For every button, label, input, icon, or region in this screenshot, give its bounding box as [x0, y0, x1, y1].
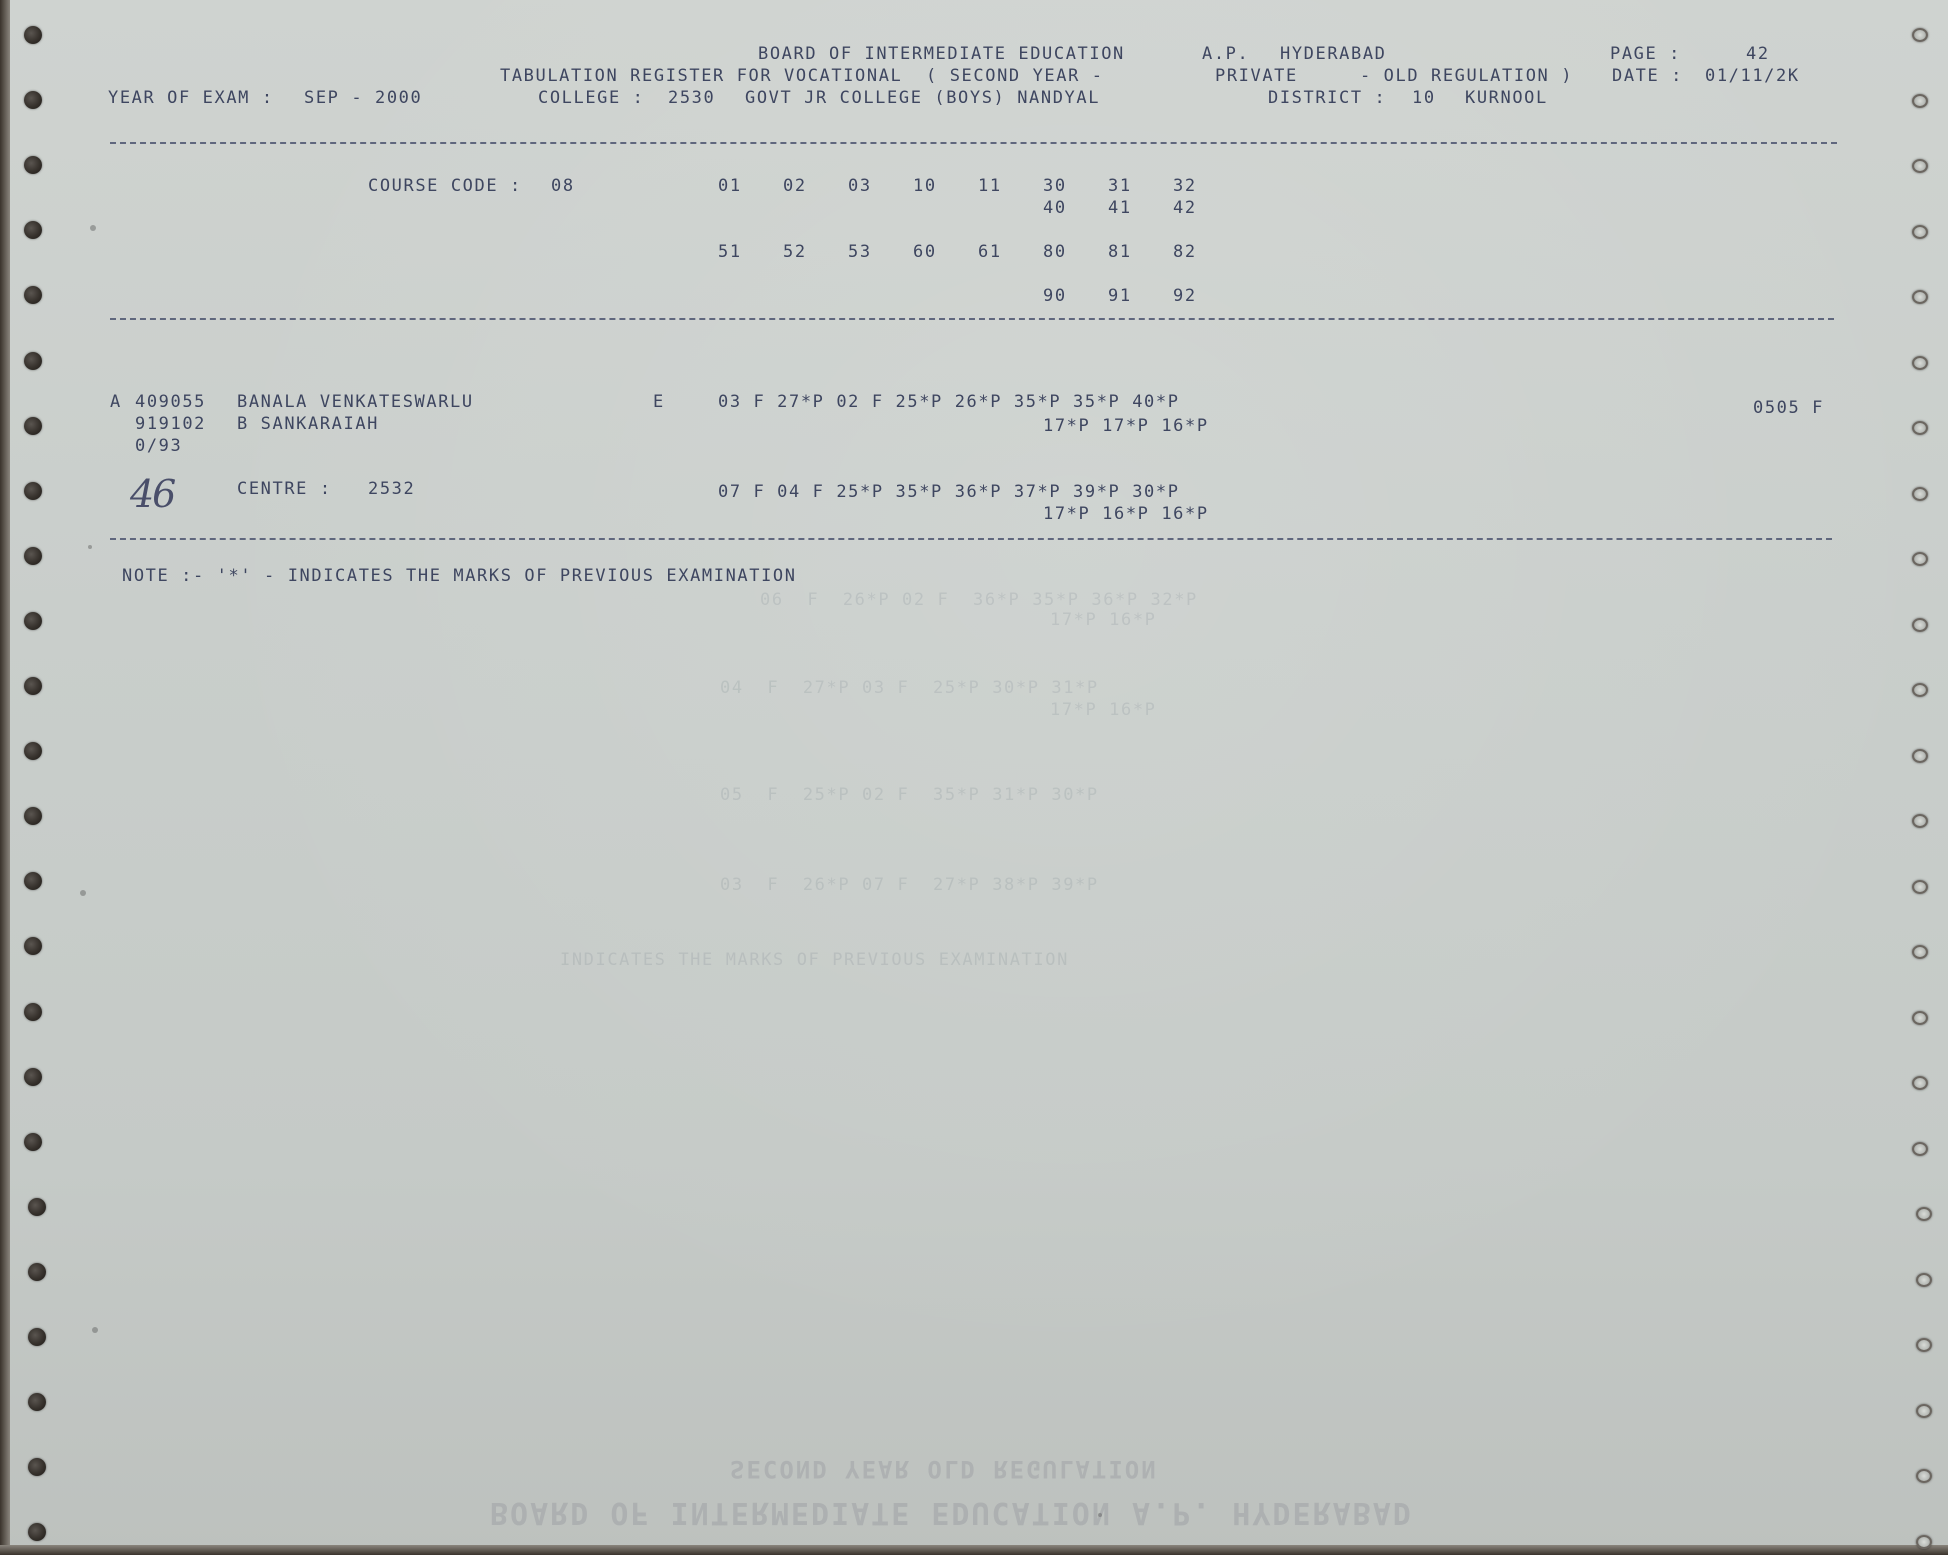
tractor-hole: [1912, 1011, 1928, 1025]
bleedthrough-text: INDICATES THE MARKS OF PREVIOUS EXAMINAT…: [560, 950, 1069, 970]
tractor-hole: [24, 872, 42, 890]
tractor-hole: [1916, 1469, 1932, 1483]
category-label: PRIVATE: [1215, 66, 1298, 86]
tractor-hole: [24, 352, 42, 370]
bleedthrough-text: 06 F 26*P 02 F 36*P 35*P 36*P 32*P: [760, 590, 1198, 610]
centre-label: CENTRE :: [237, 479, 332, 499]
subject-code: 81: [1108, 242, 1132, 262]
subject-code: 52: [783, 242, 807, 262]
bleedthrough-heading: BOARD OF INTERMEDIATE EDUCATION A.P. HYD…: [490, 1495, 1413, 1530]
tractor-hole: [24, 742, 42, 760]
paper-speck: [80, 890, 86, 896]
tractor-hole: [1912, 945, 1928, 959]
regulation-label: - OLD REGULATION ): [1360, 66, 1573, 86]
tractor-hole: [24, 417, 42, 435]
tractor-hole: [1916, 1404, 1932, 1418]
subject-code: 31: [1108, 176, 1132, 196]
tractor-hole: [1916, 1535, 1932, 1549]
binding-edge: [0, 0, 10, 1555]
bleedthrough-text: 05 F 25*P 02 F 35*P 31*P 30*P: [720, 785, 1099, 805]
course-divider: [110, 318, 1834, 320]
bleedthrough-text: 17*P 16*P: [1050, 700, 1157, 720]
tractor-hole: [28, 1393, 46, 1411]
note-text: NOTE :- '*' - INDICATES THE MARKS OF PRE…: [122, 566, 797, 586]
course-code-value: 08: [551, 176, 575, 196]
tractor-hole: [1916, 1338, 1932, 1352]
tractor-hole: [24, 1068, 42, 1086]
paper-speck: [90, 225, 96, 231]
college-code: 2530: [668, 88, 715, 108]
page-number: 42: [1746, 44, 1770, 64]
subject-code: 30: [1043, 176, 1067, 196]
tractor-hole: [1912, 683, 1928, 697]
tractor-hole: [1912, 356, 1928, 370]
centre-code: 2532: [368, 479, 415, 499]
date-value: 01/11/2K: [1705, 66, 1800, 86]
subject-code: 11: [978, 176, 1002, 196]
tractor-hole: [24, 26, 42, 44]
paper-speck: [1098, 1513, 1102, 1517]
tractor-hole: [1916, 1273, 1932, 1287]
subject-code: 91: [1108, 286, 1132, 306]
record-prefix: A: [110, 392, 122, 412]
college-name: GOVT JR COLLEGE (BOYS) NANDYAL: [745, 88, 1100, 108]
tractor-hole: [1912, 552, 1928, 566]
subject-code: 41: [1108, 198, 1132, 218]
marks-row-1b: 17*P 17*P 16*P: [1043, 416, 1209, 436]
right-tractor-holes: [1910, 0, 1948, 1555]
district-name: KURNOOL: [1465, 88, 1548, 108]
paper-speck: [88, 545, 92, 549]
tractor-hole: [24, 937, 42, 955]
tabulation-register-page: 06 F 26*P 02 F 36*P 35*P 36*P 32*P 17*P …: [0, 0, 1948, 1555]
tractor-hole: [24, 612, 42, 630]
bottom-edge: [0, 1545, 1948, 1555]
page-label: PAGE :: [1610, 44, 1681, 64]
marks-row-2b: 17*P 16*P 16*P: [1043, 504, 1209, 524]
tractor-hole: [28, 1458, 46, 1476]
tractor-hole: [1912, 290, 1928, 304]
tractor-hole: [24, 91, 42, 109]
record-divider: [110, 538, 1832, 540]
bleedthrough-text: 03 F 26*P 07 F 27*P 38*P 39*P: [720, 875, 1099, 895]
tractor-hole: [24, 156, 42, 174]
student-name: BANALA VENKATESWARLU: [237, 392, 474, 412]
header-divider: [110, 142, 1837, 144]
marks-row-2: 07 F 04 F 25*P 35*P 36*P 37*P 39*P 30*P: [718, 482, 1180, 502]
city-label: HYDERABAD: [1280, 44, 1387, 64]
college-label: COLLEGE :: [538, 88, 645, 108]
roll-number: 919102: [135, 414, 206, 434]
reference-number: 0/93: [135, 436, 182, 456]
tractor-hole: [24, 482, 42, 500]
tractor-hole: [1912, 618, 1928, 632]
year-label: YEAR OF EXAM :: [108, 88, 274, 108]
tractor-hole: [1912, 159, 1928, 173]
subject-code: 82: [1173, 242, 1197, 262]
tractor-hole: [1912, 1076, 1928, 1090]
year-value: SEP - 2000: [304, 88, 422, 108]
subject-code: 61: [978, 242, 1002, 262]
bleedthrough-text: 17*P 16*P: [1050, 610, 1157, 630]
subject-code: 53: [848, 242, 872, 262]
subject-code: 60: [913, 242, 937, 262]
tractor-hole: [24, 286, 42, 304]
subject-code: 02: [783, 176, 807, 196]
left-tractor-holes: [18, 0, 58, 1555]
subject-code: 03: [848, 176, 872, 196]
subject-code: 40: [1043, 198, 1067, 218]
tractor-hole: [28, 1263, 46, 1281]
tractor-hole: [24, 677, 42, 695]
tractor-hole: [28, 1328, 46, 1346]
subject-code: 51: [718, 242, 742, 262]
course-code-label: COURSE CODE :: [368, 176, 522, 196]
father-name: B SANKARAIAH: [237, 414, 379, 434]
register-title: TABULATION REGISTER FOR VOCATIONAL ( SEC…: [500, 66, 1104, 86]
marks-row-1: 03 F 27*P 02 F 25*P 26*P 35*P 35*P 40*P: [718, 392, 1180, 412]
tractor-hole: [28, 1198, 46, 1216]
tractor-hole: [24, 1003, 42, 1021]
tractor-hole: [1912, 814, 1928, 828]
tractor-hole: [1912, 487, 1928, 501]
tractor-hole: [1912, 1142, 1928, 1156]
bleedthrough-text: 04 F 27*P 03 F 25*P 30*P 31*P: [720, 678, 1099, 698]
state-label: A.P.: [1202, 44, 1249, 64]
board-title: BOARD OF INTERMEDIATE EDUCATION: [758, 44, 1125, 64]
tractor-hole: [1912, 749, 1928, 763]
paper-speck: [92, 1327, 98, 1333]
tractor-hole: [1916, 1207, 1932, 1221]
tractor-hole: [24, 221, 42, 239]
tractor-hole: [28, 1523, 46, 1541]
tractor-hole: [1912, 94, 1928, 108]
hall-ticket-number: 409055: [135, 392, 206, 412]
district-code: 10: [1412, 88, 1436, 108]
subject-code: 42: [1173, 198, 1197, 218]
subject-code: 92: [1173, 286, 1197, 306]
tractor-hole: [1912, 421, 1928, 435]
medium-code: E: [653, 392, 665, 412]
result-code: 0505 F: [1753, 398, 1824, 418]
tractor-hole: [1912, 28, 1928, 42]
district-label: DISTRICT :: [1268, 88, 1386, 108]
bleedthrough-heading: SECOND YEAR OLD REGULATION: [730, 1455, 1158, 1483]
tractor-hole: [1912, 225, 1928, 239]
handwritten-serial: 46: [130, 472, 174, 516]
tractor-hole: [24, 547, 42, 565]
tractor-hole: [24, 807, 42, 825]
date-label: DATE :: [1612, 66, 1683, 86]
tractor-hole: [1912, 880, 1928, 894]
subject-code: 32: [1173, 176, 1197, 196]
tractor-hole: [24, 1133, 42, 1151]
subject-code: 10: [913, 176, 937, 196]
subject-code: 80: [1043, 242, 1067, 262]
subject-code: 90: [1043, 286, 1067, 306]
subject-code: 01: [718, 176, 742, 196]
